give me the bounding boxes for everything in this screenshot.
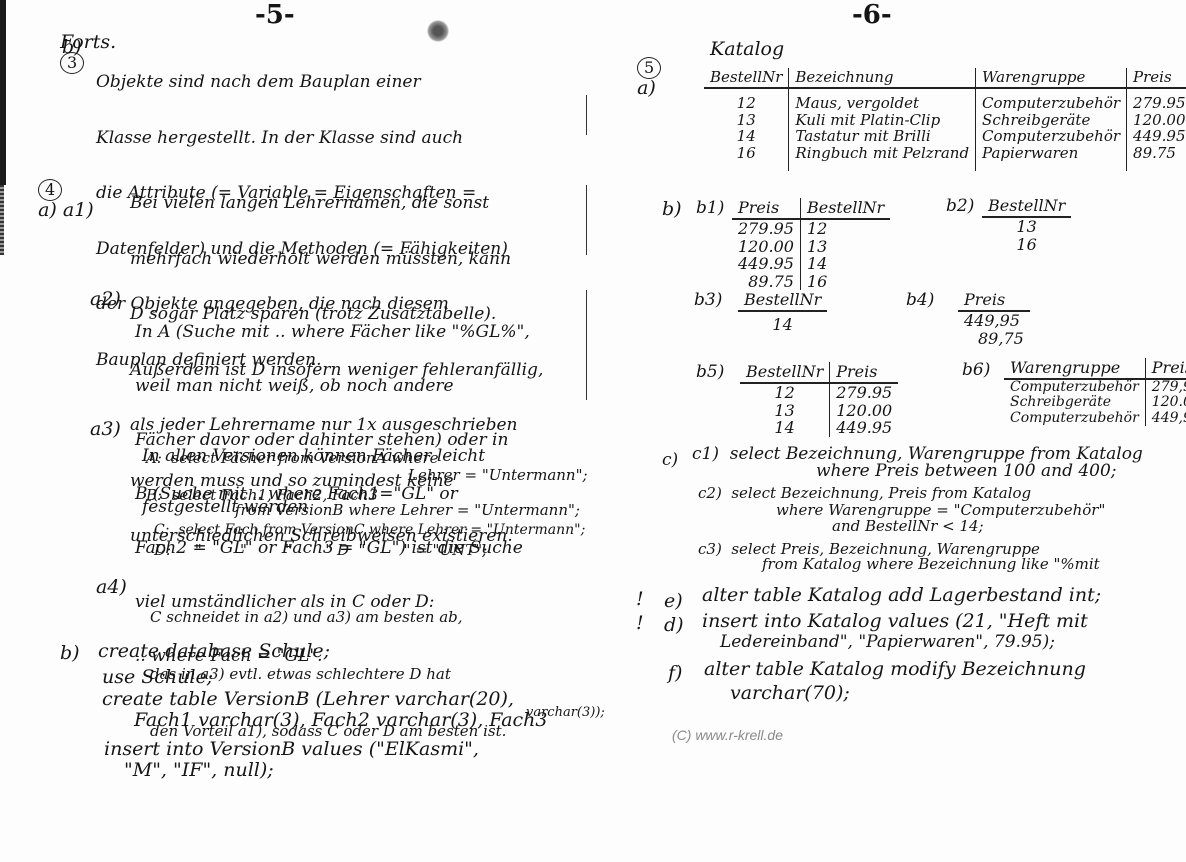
cell: 279.95 — [732, 219, 800, 238]
table-row: 14449.95 — [740, 419, 898, 437]
page-number-right: -6- — [852, 2, 892, 28]
d-sql-line2: Ledereinband", "Papierwaren", 79.95); — [720, 634, 1055, 651]
table-row: Schreibgeräte120.0 — [1004, 395, 1186, 410]
4b-label: b) — [60, 644, 80, 663]
cell: Maus, vergoldet — [789, 88, 976, 112]
text-line: mehrfach wiederholt werden müssten, kann — [130, 250, 543, 269]
a3-label: a3) — [90, 420, 121, 439]
cell: 13 — [740, 402, 830, 420]
scan-line — [586, 185, 587, 255]
cell: 120.00 — [732, 238, 800, 256]
col-header: Preis — [958, 290, 1030, 311]
cell: Computerzubehör — [976, 88, 1127, 112]
col-header: Bezeichnung — [789, 68, 976, 88]
scan-line — [586, 95, 587, 135]
col-header: Warengruppe — [976, 68, 1127, 88]
cell: 279,9 — [1145, 379, 1186, 395]
c1-line2: where Preis between 100 and 400; — [816, 463, 1117, 480]
cell: 279.95 — [830, 383, 898, 402]
col-header: Preis — [732, 198, 800, 219]
table-row: 13120.00 — [740, 402, 898, 420]
b5-label: b5) — [696, 364, 724, 381]
cell: Papierwaren — [976, 145, 1127, 172]
cell: 120.0 — [1145, 395, 1186, 410]
table-row: 449.9514 — [732, 255, 890, 273]
b6-label: b6) — [962, 362, 990, 379]
cell: 16 — [704, 145, 789, 172]
table-row: 13 Kuli mit Platin-Clip Schreibgeräte 12… — [704, 112, 1186, 129]
table-row: 16 — [982, 236, 1071, 254]
cell: 14 — [800, 255, 890, 273]
cell: 449,95 — [958, 311, 1030, 330]
table-row: Computerzubehör279,9 — [1004, 379, 1186, 395]
cell: 120.00 — [1127, 112, 1186, 129]
a1-label: a) a1) — [38, 199, 94, 221]
b1-result-table: Preis BestellNr 279.9512 120.0013 449.95… — [732, 198, 890, 290]
table-row: 449,95 — [958, 311, 1030, 330]
table-row: 14 Tastatur mit Brilli Computerzubehör 4… — [704, 128, 1186, 145]
page-number-left: -5- — [255, 2, 295, 28]
text-line: C schneidet in a2) und a3) am besten ab, — [150, 608, 506, 627]
col-header: BestellNr — [982, 196, 1071, 217]
a4-text: C schneidet in a2) und a3) am besten ab,… — [150, 570, 506, 760]
col-header: BestellNr — [704, 68, 789, 88]
cell: 12 — [740, 383, 830, 402]
table-row: 12 Maus, vergoldet Computerzubehör 279.9… — [704, 88, 1186, 112]
table-header-row: Warengruppe Preis — [1004, 358, 1186, 379]
table-row: 120.0013 — [732, 238, 890, 256]
table-row: Computerzubehör449,9 — [1004, 411, 1186, 426]
a3-query-b-line2: from VersionB where Lehrer = "Untermann"… — [235, 503, 580, 518]
a2-label: a2) — [90, 290, 121, 309]
5a-label: a) — [637, 77, 656, 99]
b5-result-table: BestellNr Preis 12279.95 13120.00 14449.… — [740, 362, 898, 437]
c2-line1: c2) select Bezeichnung, Preis from Katal… — [698, 486, 1031, 501]
col-header: Preis — [1145, 358, 1186, 379]
table-row: 89.7516 — [732, 273, 890, 291]
d-label: d) — [664, 616, 684, 635]
section-4-heading: 4 a) a1) — [26, 160, 94, 220]
table-row: 12279.95 — [740, 383, 898, 402]
sql-insert-line1: insert into VersionB values ("ElKasmi", — [104, 740, 479, 759]
cell: Computerzubehör — [1004, 379, 1145, 395]
text-line: Bei vielen langen Lehrernamen, die sonst — [130, 194, 543, 213]
cell: 279.95 — [1127, 88, 1186, 112]
section-3b-label: b) — [62, 38, 82, 57]
sql-fach3-type: varchar(3)); — [526, 707, 586, 719]
d-exclamation-mark: ! — [636, 614, 644, 633]
cell: 14 — [740, 419, 830, 437]
katalog-title: Katalog — [710, 40, 784, 59]
sql-insert-line2: "M", "IF", null); — [124, 761, 274, 780]
cell: 449.95 — [830, 419, 898, 437]
b3-result-table: BestellNr 14 — [738, 290, 827, 334]
sql-create-database: create database Schule; — [98, 642, 330, 661]
table-row: 13 — [982, 217, 1071, 236]
b6-clip: Warengruppe Preis Computerzubehör279,9 S… — [1004, 358, 1186, 438]
cell: 16 — [982, 236, 1071, 254]
a3-query-a-line2: Lehrer = "Untermann"; — [408, 468, 588, 483]
table-header-row: Preis BestellNr — [732, 198, 890, 219]
b4-result-table: Preis 449,95 89,75 — [958, 290, 1030, 347]
katalog-table: BestellNr Bezeichnung Warengruppe Preis … — [704, 68, 1186, 171]
cell: 120.00 — [830, 402, 898, 420]
d-sql-line1: insert into Katalog values (21, "Heft mi… — [702, 612, 1088, 631]
table-row: 14 — [738, 311, 827, 334]
col-header: BestellNr — [800, 198, 890, 219]
text-line: In A (Suche mit .. where Fächer like "%G… — [135, 323, 530, 341]
cell: Tastatur mit Brilli — [789, 128, 976, 145]
table-header-row: BestellNr Bezeichnung Warengruppe Preis — [704, 68, 1186, 88]
col-header: BestellNr — [738, 290, 827, 311]
cell: 12 — [800, 219, 890, 238]
cell: 89.75 — [1127, 145, 1186, 172]
c2-line2: where Warengruppe = "Computerzubehör" — [776, 503, 1105, 518]
sql-use: use Schule; — [102, 668, 213, 687]
cell: 14 — [738, 311, 827, 334]
cell: Ringbuch mit Pelzrand — [789, 145, 976, 172]
b1-label: b1) — [696, 200, 724, 217]
cell: 14 — [704, 128, 789, 145]
cell: Computerzubehör — [1004, 411, 1145, 426]
table-row: 279.9512 — [732, 219, 890, 238]
f-sql-line2: varchar(70); — [730, 684, 850, 703]
e-label: e) — [664, 592, 683, 611]
a3-query-c: C: select Fach from VersionC where Lehre… — [154, 523, 585, 537]
table-row: 89,75 — [958, 330, 1030, 348]
cell: 89,75 — [958, 330, 1030, 348]
b4-label: b4) — [906, 292, 934, 309]
col-header: Preis — [1127, 68, 1186, 88]
text-line: Objekte sind nach dem Bauplan einer — [96, 73, 508, 92]
table-header-row: BestellNr Preis — [740, 362, 898, 383]
cell: Computerzubehör — [976, 128, 1127, 145]
cell: 449.95 — [732, 255, 800, 273]
e-sql: alter table Katalog add Lagerbestand int… — [702, 586, 1101, 605]
col-header: Preis — [830, 362, 898, 383]
f-label: f) — [668, 664, 682, 683]
cell: 449,9 — [1145, 411, 1186, 426]
c3-line2: from Katalog where Bezeichnung like "%mi… — [762, 557, 1100, 572]
cell: 13 — [982, 217, 1071, 236]
section-number-circle: 4 — [38, 179, 62, 201]
scan-edge-noise — [0, 185, 4, 255]
section-5-heading: 5 a) — [625, 38, 661, 98]
5b-label: b) — [662, 200, 682, 219]
cell: 13 — [800, 238, 890, 256]
b6-result-table: Warengruppe Preis Computerzubehör279,9 S… — [1004, 358, 1186, 426]
sql-create-table-line1: create table VersionB (Lehrer varchar(20… — [102, 690, 514, 709]
table-row: 16 Ringbuch mit Pelzrand Papierwaren 89.… — [704, 145, 1186, 172]
text-line: Klasse hergestellt. In der Klasse sind a… — [96, 129, 508, 148]
cell: Schreibgeräte — [1004, 395, 1145, 410]
a3-query-a-line1: A: select Fächer from VersionA where — [146, 451, 439, 466]
scan-line — [586, 290, 587, 400]
sql-create-table-line2: Fach1 varchar(3), Fach2 varchar(3), Fach… — [134, 711, 548, 730]
cell: 16 — [800, 273, 890, 291]
a4-label: a4) — [96, 578, 127, 597]
cell: 13 — [704, 112, 789, 129]
table-header-row: BestellNr — [738, 290, 827, 311]
e-exclamation-mark: ! — [636, 590, 644, 609]
a3-query-d: D: " " " " D " " = "UNT"; — [154, 543, 487, 558]
cell: 449.95 — [1127, 128, 1186, 145]
b3-label: b3) — [694, 292, 722, 309]
section-number-circle: 5 — [637, 57, 661, 79]
f-sql-line1: alter table Katalog modify Bezeichnung — [704, 660, 1086, 679]
cell: 12 — [704, 88, 789, 112]
table-header-row: Preis — [958, 290, 1030, 311]
c2-line3: and BestellNr < 14; — [832, 519, 984, 534]
cell: Kuli mit Platin-Clip — [789, 112, 976, 129]
cell: 89.75 — [732, 273, 800, 291]
table-header-row: BestellNr — [982, 196, 1071, 217]
cell: Schreibgeräte — [976, 112, 1127, 129]
c-label: c) — [662, 452, 678, 469]
copyright-watermark: (C) www.r-krell.de — [672, 727, 783, 743]
scan-edge-shadow — [0, 0, 6, 185]
b2-label: b2) — [946, 198, 974, 215]
text-line: weil man nicht weiß, ob noch andere — [135, 377, 530, 395]
b2-result-table: BestellNr 13 16 — [982, 196, 1071, 253]
col-header: BestellNr — [740, 362, 830, 383]
col-header: Warengruppe — [1004, 358, 1145, 379]
